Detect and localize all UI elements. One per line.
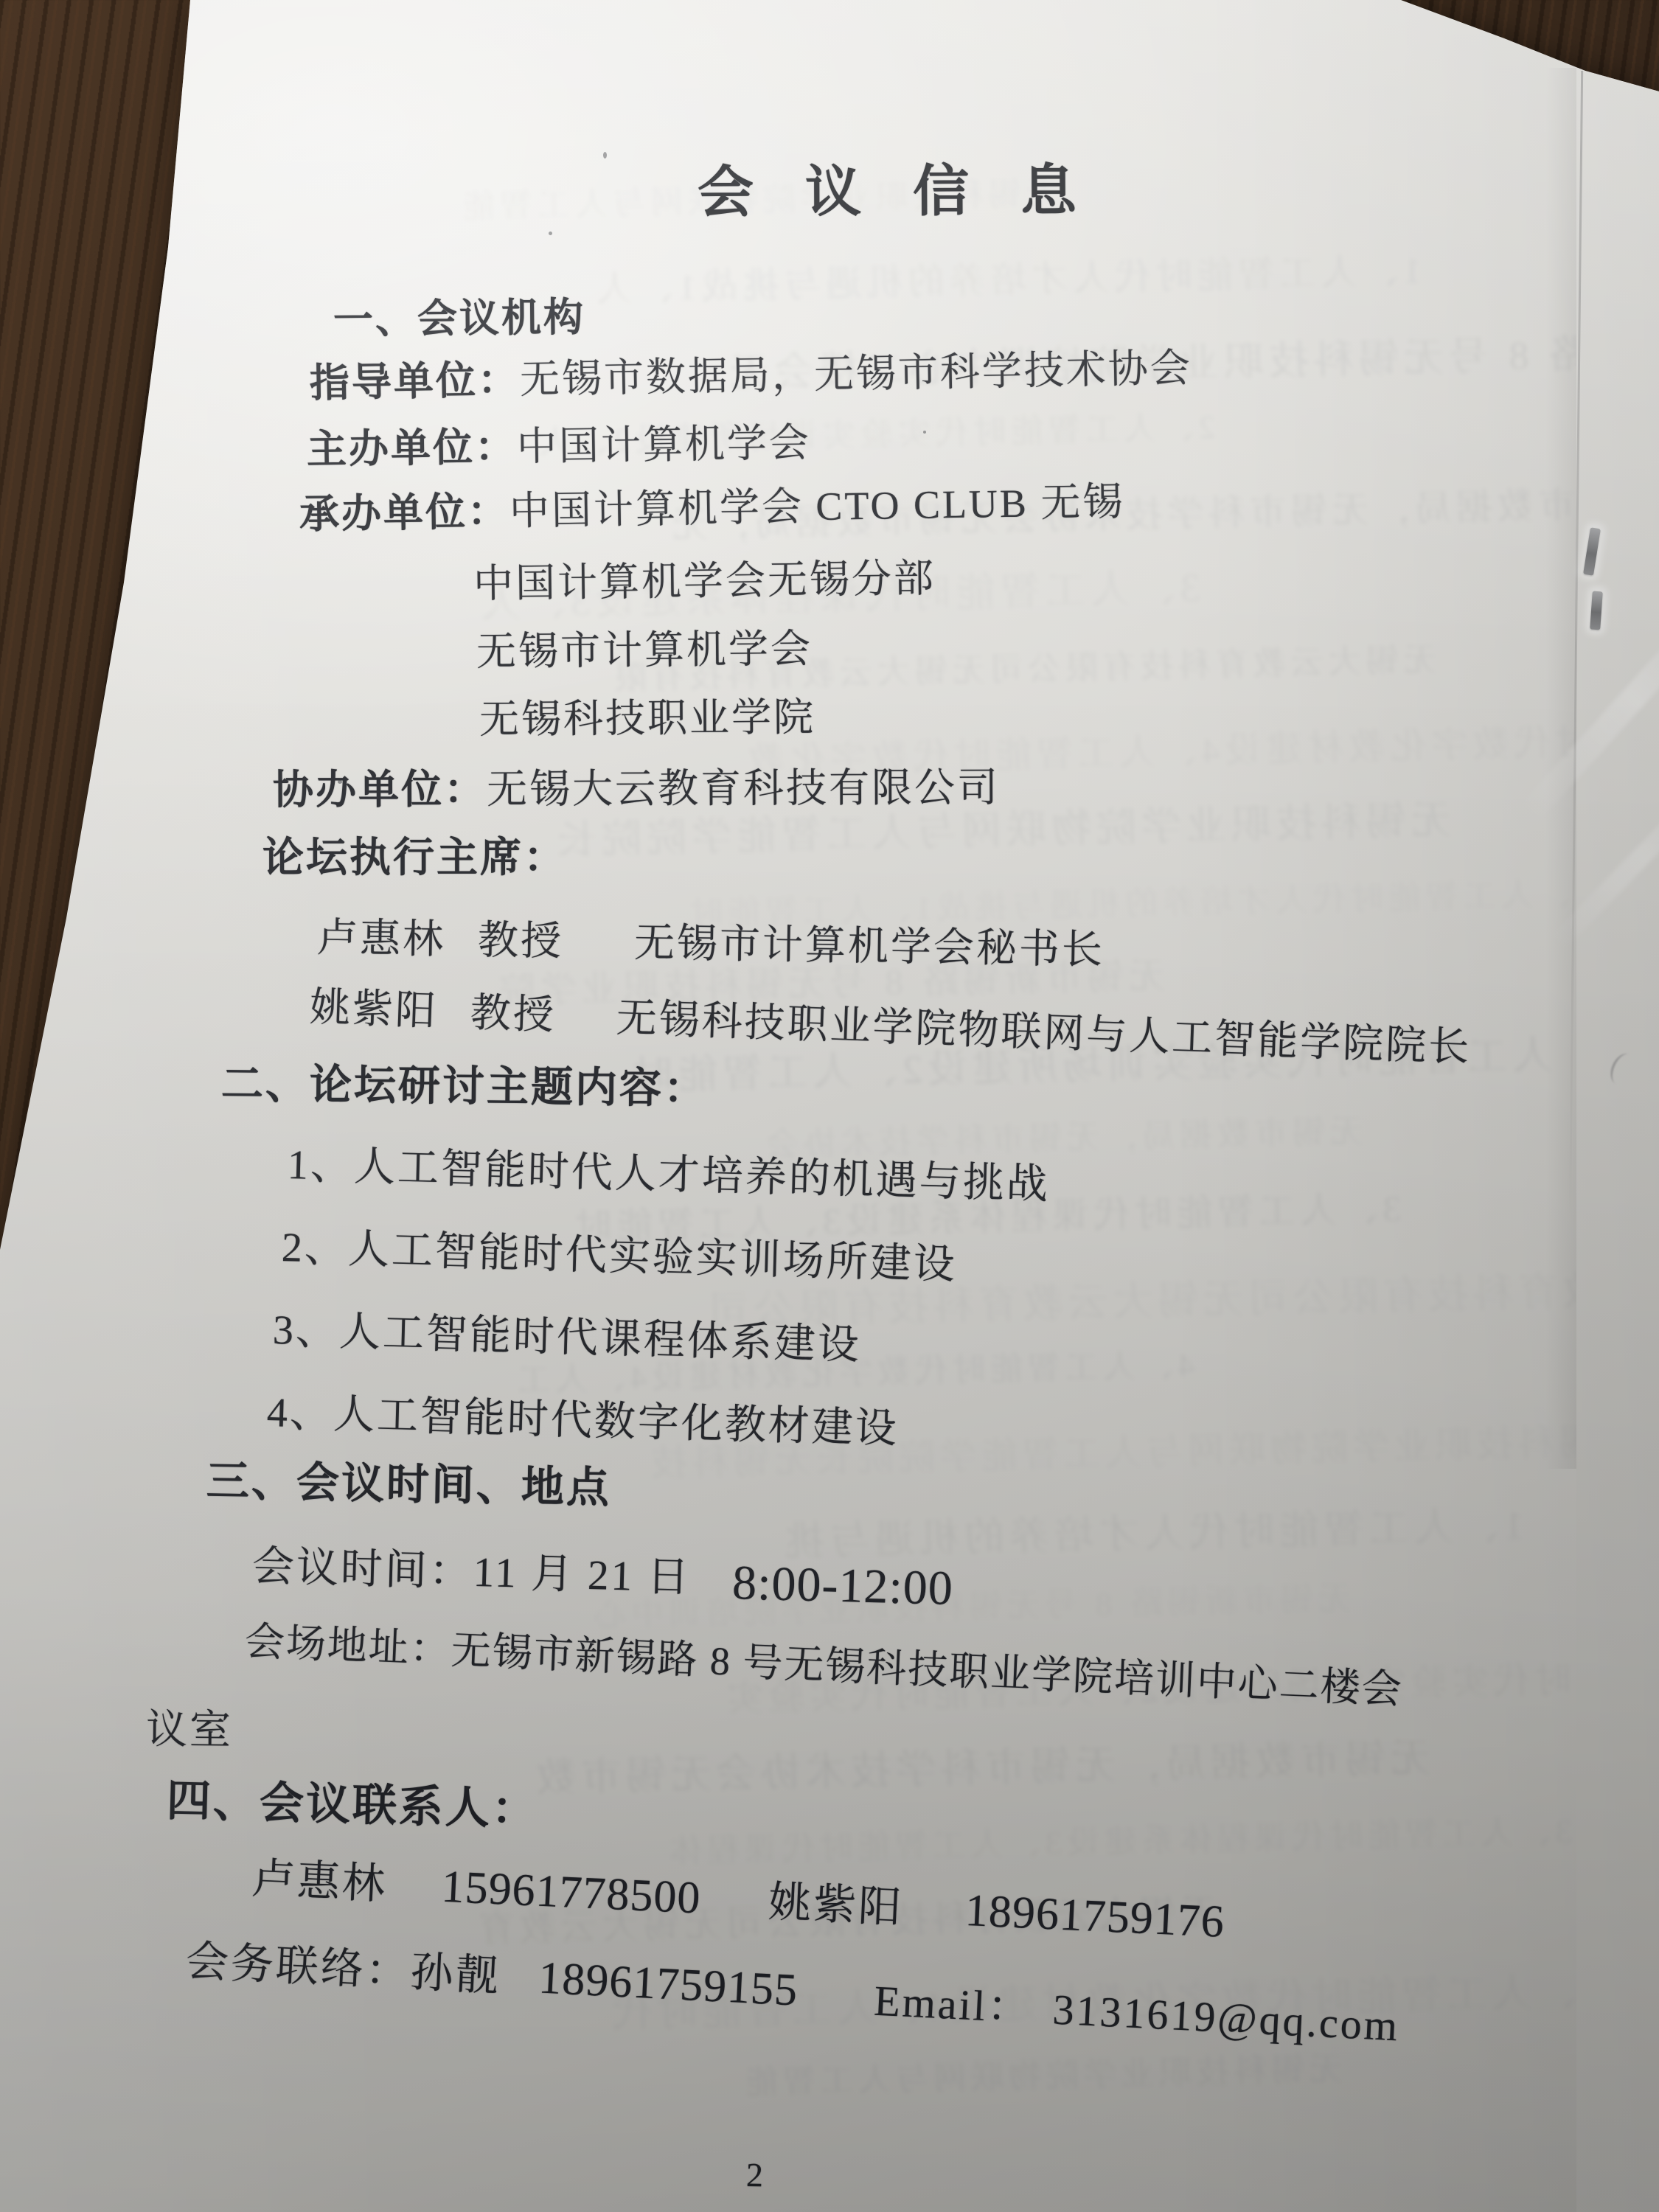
topic-2: 2、人工智能时代实验实训场所建设 [281, 1222, 957, 1290]
dust-speck [338, 780, 342, 784]
adjacent-page-strip [1576, 68, 1659, 2212]
chair-1-role: 无锡市计算机学会秘书长 [633, 920, 1105, 973]
chair-2-title: 教授 [470, 990, 557, 1038]
venue-value-line-1: 无锡市新锡路 8 号无锡科技职业学院培训中心二楼会 [451, 1628, 1404, 1712]
organizer-unit-label: 承办单位： [299, 490, 510, 537]
document-page: 无锡科技职业学院物联网与人工智能1、人工智能时代人才培养的机遇与挑战1、人无锡市… [0, 0, 1659, 2212]
venue-line-1: 会场地址：无锡市新锡路 8 号无锡科技职业学院培训中心二楼会 [244, 1618, 1404, 1715]
contact-2-name: 姚紫阳 [768, 1878, 905, 1932]
chair-2-name: 姚紫阳 [309, 984, 439, 1034]
liaison-phone: 18961759155 [538, 1952, 799, 2015]
email-value: 3131619@qq.com [1051, 1984, 1401, 2053]
dust-speck [603, 152, 607, 159]
topic-1: 1、人工智能时代人才培养的机遇与挑战 [287, 1140, 1050, 1210]
photographed-document-scene: 无锡科技职业学院物联网与人工智能1、人工智能时代人才培养的机遇与挑战1、人无锡市… [0, 0, 1659, 2212]
meeting-time-line: 会议时间：11 月 21 日8:00-12:00 [251, 1535, 954, 1613]
page-title: 会议信息 [698, 157, 1128, 228]
guide-unit-label: 指导单位： [309, 358, 520, 406]
organizer-unit-line: 承办单位：中国计算机学会 CTO CLUB 无锡 [299, 478, 1124, 539]
host-unit-line: 主办单位：中国计算机学会 [307, 419, 812, 474]
guide-unit-line: 指导单位：无锡市数据局，无锡市科学技术协会 [309, 344, 1192, 408]
contacts-line: 卢惠林15961778500姚紫阳18961759176 [251, 1851, 1225, 1950]
coorganizer-unit-label: 协办单位： [273, 767, 487, 813]
organizer-unit-line-2: 中国计算机学会无锡分部 [473, 554, 936, 609]
organizer-unit-line-3: 无锡市计算机学会 [476, 625, 813, 677]
venue-line-2: 议室 [146, 1705, 234, 1756]
email-label: Email： [873, 1975, 1034, 2035]
page-number: 2 [746, 2154, 764, 2196]
chair-1-name: 卢惠林 [317, 915, 446, 962]
venue-label: 会场地址： [244, 1619, 452, 1672]
section-3-heading: 三、会议时间、地点 [206, 1455, 611, 1514]
dust-speck [549, 232, 552, 235]
host-unit-value: 中国计算机学会 [517, 420, 812, 469]
section-2-heading: 二、论坛研讨主题内容： [221, 1059, 709, 1115]
meeting-time-label: 会议时间： [251, 1543, 474, 1596]
coorganizer-unit-value: 无锡大云教育科技有限公司 [487, 765, 1000, 812]
guide-unit-value: 无锡市数据局，无锡市科学技术协会 [519, 346, 1192, 402]
organizer-unit-value: 中国计算机学会 CTO CLUB 无锡 [509, 479, 1124, 533]
chair-2-line: 姚紫阳教授无锡科技职业学院物联网与人工智能学院院长 [309, 982, 1472, 1072]
section-1-heading: 一、会议机构 [333, 293, 586, 344]
forum-chair-label: 论坛执行主席： [262, 833, 567, 883]
contact-1-phone: 15961778500 [440, 1862, 702, 1924]
liaison-name: 孙靓 [409, 1948, 501, 2000]
chair-1-title: 教授 [478, 917, 564, 964]
chair-1-line: 卢惠林教授无锡市计算机学会秘书长 [316, 913, 1105, 975]
coorganizer-unit-line: 协办单位：无锡大云教育科技有限公司 [273, 763, 1000, 815]
contact-1-name: 卢惠林 [251, 1854, 389, 1908]
meeting-time-range: 8:00-12:00 [731, 1554, 954, 1618]
page-content: 会议信息 一、会议机构 指导单位：无锡市数据局，无锡市科学技术协会 主办单位：中… [0, 0, 1659, 2212]
chair-2-role: 无锡科技职业学院物联网与人工智能学院院长 [616, 995, 1472, 1070]
topic-3: 3、人工智能时代课程体系建设 [272, 1305, 862, 1371]
liaison-label: 会务联络： [184, 1937, 411, 1996]
topic-4: 4、人工智能时代数字化教材建设 [266, 1388, 899, 1455]
organizer-unit-line-4: 无锡科技职业学院 [479, 694, 815, 745]
contact-2-phone: 18961759176 [964, 1885, 1226, 1947]
host-unit-label: 主办单位： [307, 425, 518, 472]
meeting-time-value: 11 月 21 日 [473, 1549, 692, 1601]
section-4-heading: 四、会议联系人： [166, 1774, 539, 1837]
liaison-line: 会务联络：孙靓18961759155Email：3131619@qq.com [184, 1933, 1401, 2048]
dust-speck [923, 431, 926, 434]
paper-sheet-wrapper: 无锡科技职业学院物联网与人工智能1、人工智能时代人才培养的机遇与挑战1、人无锡市… [0, 0, 1659, 2212]
